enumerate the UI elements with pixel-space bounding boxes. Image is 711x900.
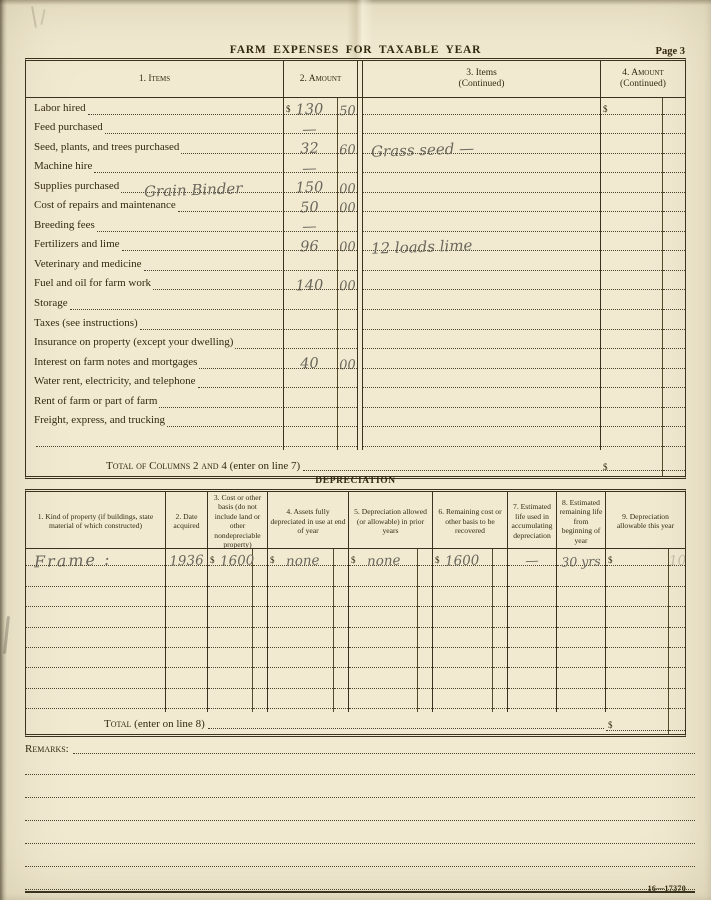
- amount-dollars-cell: $ 130: [284, 98, 338, 118]
- expense-row: Feed purchased —: [26, 118, 685, 138]
- handwritten-amount-cents: 00: [338, 241, 357, 255]
- amount-cents-cell: [338, 215, 358, 235]
- depreciation-empty-row: [26, 569, 685, 589]
- col3-header: 3. Items (Continued): [363, 61, 601, 97]
- expense-item-cell: Supplies purchased Grain Binder: [26, 176, 284, 196]
- depreciation-empty-row: [26, 671, 685, 691]
- expense-item-cell: [26, 430, 284, 450]
- expense-item-cell: Seed, plants, and trees purchased: [26, 137, 284, 157]
- expense-item-cell: Freight, express, and trucking: [26, 411, 284, 431]
- amount-cents-cell: 50: [338, 98, 358, 118]
- handwritten-amount-cents: 00: [338, 280, 357, 294]
- amount2-dollars-cell: [601, 430, 663, 450]
- depreciation-empty-row: [26, 631, 685, 651]
- handwritten-continued-note: Grass seed —: [371, 139, 475, 161]
- expense-item-cell: Veterinary and medicine: [26, 254, 284, 274]
- expense-item-label: Supplies purchased: [34, 181, 119, 196]
- handwritten-amount-dollars: 150: [284, 180, 335, 196]
- amount2-dollars-cell: [601, 411, 663, 431]
- amount-dollars-cell: 32: [284, 137, 338, 157]
- amount-cents-cell: [338, 118, 358, 138]
- expense-item-cell: Fuel and oil for farm work: [26, 274, 284, 294]
- page-title: FARM EXPENSES FOR TAXABLE YEAR: [0, 44, 711, 56]
- amount2-cents-cell: [663, 391, 685, 411]
- items-continued-cell: [363, 313, 601, 333]
- expense-item-cell: Rent of farm or part of farm: [26, 391, 284, 411]
- remaining-life-cell: 30 yrs: [557, 549, 606, 569]
- handwritten-amount-dollars: —: [284, 219, 335, 235]
- amount-dollars-cell: [284, 372, 338, 392]
- amount-dollars-cell: [284, 313, 338, 333]
- expense-item-label: Veterinary and medicine: [34, 259, 142, 274]
- dep-col5-header: 5. Depreciation allowed (or allowable) i…: [349, 492, 433, 551]
- handwritten-remaining: 1600: [445, 553, 480, 570]
- items-continued-cell: [363, 391, 601, 411]
- handwritten-amount-cents: 60: [338, 143, 357, 157]
- amount2-cents-cell: [663, 313, 685, 333]
- amount2-cents-cell: [663, 293, 685, 313]
- scan-edge-shadow: [0, 0, 7, 900]
- life-used-cell: —: [508, 549, 557, 569]
- items-continued-cell: [363, 411, 601, 431]
- items-continued-cell: [363, 274, 601, 294]
- amount2-cents-cell: [663, 196, 685, 216]
- amount-dollars-cell: —: [284, 157, 338, 177]
- depreciation-total-label: Total (enter on line 8): [104, 718, 205, 734]
- amount-dollars-cell: —: [284, 118, 338, 138]
- kind-of-property-cell: Frame :: [26, 549, 166, 569]
- expense-row: Veterinary and medicine: [26, 254, 685, 274]
- amount-cents-cell: 00: [338, 235, 358, 255]
- amount-cents-cell: [338, 293, 358, 313]
- handwritten-cost: 1600: [220, 553, 255, 570]
- expense-row: Insurance on property (except your dwell…: [26, 333, 685, 353]
- amount2-cents-cell: [663, 274, 685, 294]
- amount-dollars-cell: [284, 430, 338, 450]
- expense-item-label: Freight, express, and trucking: [34, 415, 165, 430]
- handwritten-amount-cents: 00: [338, 358, 357, 372]
- amount-cents-cell: [338, 313, 358, 333]
- amount2-dollars-cell: [601, 352, 663, 372]
- col2-header: 2. Amount: [284, 61, 358, 97]
- expense-row: Fertilizers and lime 96 00 12 loads lime: [26, 235, 685, 255]
- amount-dollars-cell: [284, 391, 338, 411]
- dollar-sign: $: [435, 555, 440, 565]
- expense-item-label: Cost of repairs and maintenance: [34, 200, 176, 215]
- handwritten-inline-note: Grain Binder: [144, 179, 243, 200]
- depreciation-empty-rows: [26, 569, 685, 712]
- remarks-line: [25, 775, 695, 798]
- expense-item-label: Feed purchased: [34, 122, 103, 137]
- expenses-total-row: Total of Columns 2 and 4 (enter on line …: [26, 450, 685, 476]
- handwritten-amount-dollars: 40: [284, 356, 335, 372]
- amount2-cents-cell: [663, 333, 685, 353]
- remarks-section: Remarks:: [25, 742, 695, 890]
- amount-cents-cell: [338, 411, 358, 431]
- expense-row: Seed, plants, and trees purchased 32 60 …: [26, 137, 685, 157]
- remarks-label: Remarks:: [25, 743, 69, 756]
- depreciation-header-row: 1. Kind of property (if buildings, state…: [26, 492, 685, 549]
- dollar-sign: $: [351, 555, 356, 565]
- amount2-cents-cell: [663, 157, 685, 177]
- amount2-dollars-cell: [601, 118, 663, 138]
- expenses-total-label: Total of Columns 2 and 4 (enter on line …: [106, 460, 300, 476]
- faint-handwritten-mark: 10: [669, 553, 686, 570]
- amount-dollars-cell: —: [284, 215, 338, 235]
- expense-row: Freight, express, and trucking: [26, 411, 685, 431]
- amount-dollars-cell: [284, 411, 338, 431]
- items-continued-cell: [363, 98, 601, 118]
- pencil-smudge: [40, 9, 45, 25]
- expense-item-label: Rent of farm or part of farm: [34, 396, 157, 411]
- expense-item-label: Storage: [34, 298, 68, 313]
- amount2-cents-cell: [663, 235, 685, 255]
- items-continued-cell: [363, 372, 601, 392]
- amount2-cents-cell: [663, 98, 685, 118]
- handwritten-amount-dollars: 140: [284, 278, 335, 294]
- amount2-cents-cell: [663, 176, 685, 196]
- handwritten-amount-dollars: —: [284, 122, 335, 138]
- amount-cents-cell: 00: [338, 196, 358, 216]
- expense-item-label: Interest on farm notes and mortgages: [34, 357, 197, 372]
- handwritten-assets: none: [286, 553, 320, 570]
- amount2-dollars-cell: [601, 254, 663, 274]
- dollar-sign: $: [603, 104, 608, 114]
- dep-col9-header: 9. Depreciation allowable this year: [606, 492, 685, 551]
- amount-dollars-cell: 140: [284, 274, 338, 294]
- amount2-cents-cell: [663, 430, 685, 450]
- expenses-header-row: 1. Items 2. Amount 3. Items (Continued) …: [26, 61, 685, 98]
- expense-row: Fuel and oil for farm work 140 00: [26, 274, 685, 294]
- amount2-cents-cell: [663, 372, 685, 392]
- date-acquired-cell: 1936: [166, 549, 208, 569]
- assets-fully-depreciated-cell: $ none: [268, 549, 334, 569]
- amount2-cents-cell: [663, 118, 685, 138]
- dep-col6-header: 6. Remaining cost or other basis to be r…: [433, 492, 508, 551]
- col1-header: 1. Items: [26, 61, 284, 97]
- amount2-dollars-cell: [601, 137, 663, 157]
- expense-row: Breeding fees —: [26, 215, 685, 235]
- expense-item-label: Fertilizers and lime: [34, 239, 120, 254]
- handwritten-amount-dollars: 130: [284, 102, 335, 118]
- amount-cents-cell: [338, 391, 358, 411]
- handwritten-amount-dollars: 50: [284, 200, 335, 216]
- dollar-sign: $: [608, 720, 613, 730]
- amount-dollars-cell: 96: [284, 235, 338, 255]
- amount-dollars-cell: [284, 293, 338, 313]
- items-continued-cell: [363, 333, 601, 353]
- dep-col4-header: 4. Assets fully depreciated in use at en…: [268, 492, 349, 551]
- expense-item-cell: Interest on farm notes and mortgages: [26, 352, 284, 372]
- amount2-dollars-cell: [601, 274, 663, 294]
- amount-cents-cell: [338, 430, 358, 450]
- handwritten-date: 1936: [166, 553, 208, 570]
- amount2-cents-cell: [663, 254, 685, 274]
- amount-cents-cell: [338, 333, 358, 353]
- amount2-cents-cell: [663, 137, 685, 157]
- amount-cents-cell: 60: [338, 137, 358, 157]
- expense-item-label: Labor hired: [34, 103, 86, 118]
- remarks-line: [25, 798, 695, 821]
- expense-item-label: Insurance on property (except your dwell…: [34, 337, 233, 352]
- expense-row: Water rent, electricity, and telephone: [26, 372, 685, 392]
- items-continued-cell: Grass seed —: [363, 137, 601, 157]
- amount-cents-cell: 00: [338, 176, 358, 196]
- amount2-cents-cell: [663, 215, 685, 235]
- expense-table-body: Labor hired $ 130 50 $ Feed purchased —: [26, 98, 685, 450]
- expenses-total-cents-cell: [663, 450, 685, 476]
- handwritten-prior: none: [367, 553, 401, 570]
- handwritten-amount-cents: 00: [338, 202, 357, 216]
- depreciation-empty-row: [26, 610, 685, 630]
- expense-row: Machine hire —: [26, 157, 685, 177]
- amount-cents-cell: [338, 254, 358, 274]
- farm-expenses-table: 1. Items 2. Amount 3. Items (Continued) …: [25, 58, 686, 479]
- expense-item-cell: Fertilizers and lime: [26, 235, 284, 255]
- remarks-line: [25, 844, 695, 867]
- amount2-cents-cell: [663, 411, 685, 431]
- amount-dollars-cell: 50: [284, 196, 338, 216]
- items-continued-cell: [363, 196, 601, 216]
- scanned-form-page: FARM EXPENSES FOR TAXABLE YEAR Page 3 1.…: [0, 0, 711, 900]
- amount-cents-cell: [338, 157, 358, 177]
- amount2-dollars-cell: [601, 196, 663, 216]
- items-continued-cell: [363, 293, 601, 313]
- amount-dollars-cell: 40: [284, 352, 338, 372]
- handwritten-amount-cents: 50: [338, 104, 357, 118]
- expense-item-cell: Storage: [26, 293, 284, 313]
- depreciation-empty-row: [26, 590, 685, 610]
- handwritten-amount-dollars: 96: [284, 239, 335, 255]
- depreciation-total-row: Total (enter on line 8) $: [26, 712, 685, 734]
- expense-item-label: Machine hire: [34, 161, 92, 176]
- dep-col8-header: 8. Estimated remaining life from beginni…: [557, 492, 606, 551]
- handwritten-amount-cents: 00: [338, 182, 357, 196]
- form-print-code: 16—17370: [648, 884, 686, 893]
- amount2-dollars-cell: [601, 215, 663, 235]
- depreciation-total-amount-cell: $: [606, 712, 669, 734]
- remarks-line: [25, 867, 695, 890]
- amount-dollars-cell: 150: [284, 176, 338, 196]
- depreciation-empty-row: [26, 692, 685, 712]
- expense-item-cell: Water rent, electricity, and telephone: [26, 372, 284, 392]
- dollar-sign: $: [608, 555, 613, 565]
- depreciation-section-title: DEPRECIATION: [0, 476, 711, 486]
- expense-item-cell: Machine hire: [26, 157, 284, 177]
- expense-item-cell: Insurance on property (except your dwell…: [26, 333, 284, 353]
- items-continued-cell: [363, 176, 601, 196]
- expense-row: Taxes (see instructions): [26, 313, 685, 333]
- prior-years-cell: $ none: [349, 549, 418, 569]
- amount-cents-cell: 00: [338, 274, 358, 294]
- items-continued-cell: [363, 118, 601, 138]
- pencil-smudge: [31, 6, 37, 28]
- expense-item-label: Fuel and oil for farm work: [34, 278, 151, 293]
- amount-cents-cell: 00: [338, 352, 358, 372]
- expense-item-cell: Taxes (see instructions): [26, 313, 284, 333]
- amount2-dollars-cell: [601, 313, 663, 333]
- expense-item-label: Water rent, electricity, and telephone: [34, 376, 196, 391]
- expense-item-cell: Feed purchased: [26, 118, 284, 138]
- amount2-dollars-cell: [601, 293, 663, 313]
- depreciation-table: 1. Kind of property (if buildings, state…: [25, 489, 686, 737]
- remarks-line: [25, 756, 695, 775]
- expense-item-label: Taxes (see instructions): [34, 318, 138, 333]
- expense-row: Labor hired $ 130 50 $: [26, 98, 685, 118]
- page-number: Page 3: [656, 46, 685, 57]
- amount-dollars-cell: [284, 333, 338, 353]
- amount-cents-cell: [338, 372, 358, 392]
- col4-header: 4. Amount (Continued): [601, 61, 685, 97]
- dollar-sign: $: [270, 555, 275, 565]
- items-continued-cell: 12 loads lime: [363, 235, 601, 255]
- items-continued-cell: [363, 352, 601, 372]
- expense-row: [26, 430, 685, 450]
- amount2-dollars-cell: [601, 235, 663, 255]
- expenses-total-amount-cell: $: [601, 450, 663, 476]
- expense-row: Cost of repairs and maintenance 50 00: [26, 196, 685, 216]
- dep-col2-header: 2. Date acquired: [166, 492, 208, 551]
- expense-item-cell: Labor hired: [26, 98, 284, 118]
- depreciation-this-year-cell: $: [606, 549, 669, 569]
- items-continued-cell: [363, 430, 601, 450]
- handwritten-remaining-life: 30 yrs: [557, 554, 605, 571]
- expense-item-label: Seed, plants, and trees purchased: [34, 142, 179, 157]
- items-continued-cell: [363, 254, 601, 274]
- expense-row: Supplies purchased Grain Binder 150 00: [26, 176, 685, 196]
- items-continued-cell: [363, 215, 601, 235]
- depreciation-empty-row: [26, 651, 685, 671]
- expense-row: Rent of farm or part of farm: [26, 391, 685, 411]
- expense-row: Interest on farm notes and mortgages 40 …: [26, 352, 685, 372]
- dep-col1-header: 1. Kind of property (if buildings, state…: [26, 492, 166, 551]
- amount2-dollars-cell: [601, 157, 663, 177]
- dollar-sign: $: [603, 462, 608, 472]
- amount-dollars-cell: [284, 254, 338, 274]
- handwritten-amount-dollars: —: [284, 161, 335, 177]
- remarks-line: [25, 821, 695, 844]
- handwritten-amount-dollars: 32: [284, 141, 335, 157]
- amount2-cents-cell: [663, 352, 685, 372]
- amount2-dollars-cell: [601, 372, 663, 392]
- cost-basis-cell: $ 1600: [208, 549, 253, 569]
- depreciation-total-cents-cell: [669, 712, 685, 734]
- handwritten-life-used: —: [508, 553, 557, 571]
- expense-row: Storage: [26, 293, 685, 313]
- amount2-dollars-cell: [601, 333, 663, 353]
- amount2-dollars-cell: [601, 176, 663, 196]
- dep-col3-header: 3. Cost or other basis (do not include l…: [208, 492, 268, 551]
- amount2-dollars-cell: $: [601, 98, 663, 118]
- dep-col7-header: 7. Estimated life used in accumulating d…: [508, 492, 557, 551]
- depreciation-entry-row: Frame : 1936 $ 1600 $ none $ none $ 1: [26, 549, 685, 569]
- dollar-sign: $: [210, 555, 215, 565]
- expense-item-cell: Breeding fees: [26, 215, 284, 235]
- expense-item-label: Breeding fees: [34, 220, 95, 235]
- amount2-dollars-cell: [601, 391, 663, 411]
- remaining-cost-cell: $ 1600: [433, 549, 493, 569]
